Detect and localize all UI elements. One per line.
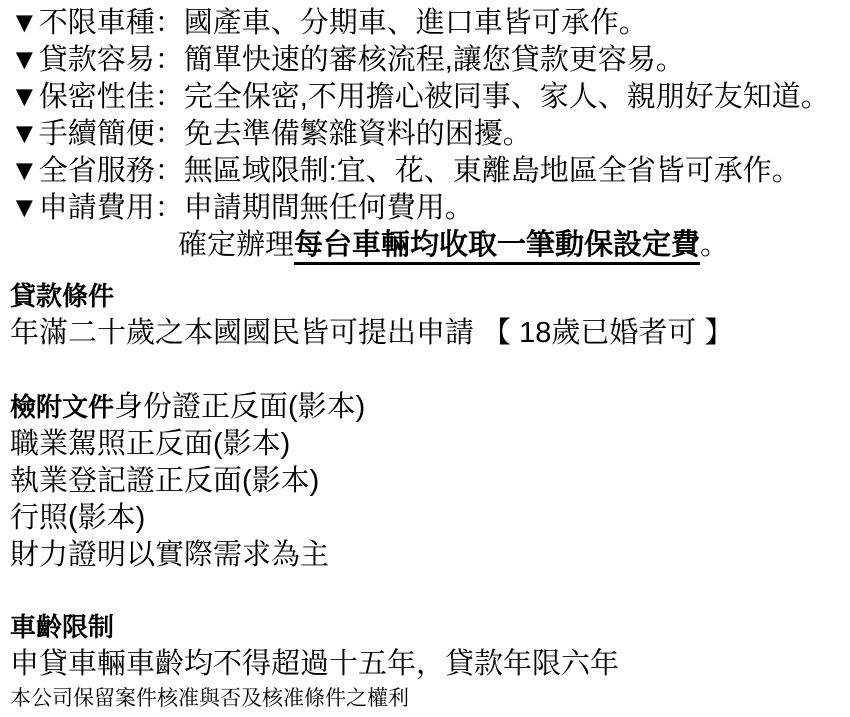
section-documents: 檢附文件身份證正反面(影本) 職業駕照正反面(影本) 執業登記證正反面(影本) … bbox=[10, 389, 844, 574]
car-age-heading: 車齡限制 bbox=[10, 609, 844, 646]
bullet-separator: ： bbox=[155, 155, 184, 187]
bullet-item-province-wide: ▼全省服務：無區域限制:宜、花、東離島地區全省皆可承作。 bbox=[10, 153, 844, 190]
bullet-label: 不限車種 bbox=[39, 7, 155, 39]
triangle-bullet-icon: ▼ bbox=[10, 42, 39, 79]
triangle-bullet-icon: ▼ bbox=[10, 116, 39, 153]
bullet-desc: 國產車、分期車、進口車皆可承作。 bbox=[184, 7, 648, 39]
triangle-bullet-icon: ▼ bbox=[10, 190, 39, 227]
confirm-period: 。 bbox=[700, 229, 729, 261]
documents-heading: 檢附文件 bbox=[10, 392, 114, 422]
document-item: 執業登記證正反面(影本) bbox=[10, 463, 844, 500]
bullet-label: 貸款容易 bbox=[39, 44, 155, 76]
bullet-separator: ： bbox=[155, 81, 184, 113]
document-item: 行照(影本) bbox=[10, 500, 844, 537]
bullet-item-simple-procedure: ▼手續簡便：免去準備繁雜資料的困擾。 bbox=[10, 116, 844, 153]
confirm-fee-line: 確定辦理每台車輛均收取一筆動保設定費。 bbox=[10, 227, 844, 264]
document: ▼不限車種：國產車、分期車、進口車皆可承作。 ▼貸款容易：簡單快速的審核流程,讓… bbox=[0, 0, 850, 711]
bullet-label: 手續簡便 bbox=[39, 118, 155, 150]
bullet-item-confidentiality: ▼保密性佳：完全保密,不用擔心被同事、家人、親朋好友知道。 bbox=[10, 79, 844, 116]
bullet-desc: 簡單快速的審核流程,讓您貸款更容易。 bbox=[184, 44, 685, 76]
bullet-separator: ： bbox=[155, 192, 184, 224]
documents-first-line: 檢附文件身份證正反面(影本) bbox=[10, 389, 844, 426]
bullet-item-easy-loan: ▼貸款容易：簡單快速的審核流程,讓您貸款更容易。 bbox=[10, 42, 844, 79]
car-age-body: 申貸車輛車齡均不得超過十五年，貸款年限六年 bbox=[10, 646, 844, 683]
section-car-age: 車齡限制 申貸車輛車齡均不得超過十五年，貸款年限六年 本公司保留案件核准與否及核… bbox=[10, 609, 844, 711]
bullet-label: 保密性佳 bbox=[39, 81, 155, 113]
loan-conditions-body: 年滿二十歲之本國國民皆可提出申請 【 18歲已婚者可 】 bbox=[10, 315, 844, 352]
bullet-item-vehicle-types: ▼不限車種：國產車、分期車、進口車皆可承作。 bbox=[10, 5, 844, 42]
bullet-label: 全省服務 bbox=[39, 155, 155, 187]
triangle-bullet-icon: ▼ bbox=[10, 5, 39, 42]
bullet-separator: ： bbox=[155, 44, 184, 76]
bullet-item-application-fee: ▼申請費用：申請期間無任何費用。 bbox=[10, 190, 844, 227]
bullet-label: 申請費用 bbox=[39, 192, 155, 224]
bullet-desc: 免去準備繁雜資料的困擾。 bbox=[184, 118, 532, 150]
bullet-desc: 無區域限制:宜、花、東離島地區全省皆可承作。 bbox=[184, 155, 801, 187]
bullet-desc: 完全保密,不用擔心被同事、家人、親朋好友知道。 bbox=[184, 81, 830, 113]
triangle-bullet-icon: ▼ bbox=[10, 153, 39, 190]
document-item: 職業駕照正反面(影本) bbox=[10, 426, 844, 463]
bullet-separator: ： bbox=[155, 118, 184, 150]
document-item: 財力證明以實際需求為主 bbox=[10, 537, 844, 574]
section-loan-conditions: 貸款條件 年滿二十歲之本國國民皆可提出申請 【 18歲已婚者可 】 bbox=[10, 278, 844, 352]
feature-list: ▼不限車種：國產車、分期車、進口車皆可承作。 ▼貸款容易：簡單快速的審核流程,讓… bbox=[10, 5, 844, 264]
disclaimer-text: 本公司保留案件核准與否及核准條件之權利 bbox=[10, 683, 844, 711]
loan-conditions-heading: 貸款條件 bbox=[10, 278, 844, 315]
triangle-bullet-icon: ▼ bbox=[10, 79, 39, 116]
bullet-desc: 申請期間無任何費用。 bbox=[184, 192, 474, 224]
bullet-separator: ： bbox=[155, 7, 184, 39]
fee-emphasis: 每台車輛均收取一筆動保設定費 bbox=[294, 229, 700, 265]
confirm-prefix: 確定辦理 bbox=[178, 229, 294, 261]
document-item: 身份證正反面(影本) bbox=[114, 391, 365, 423]
